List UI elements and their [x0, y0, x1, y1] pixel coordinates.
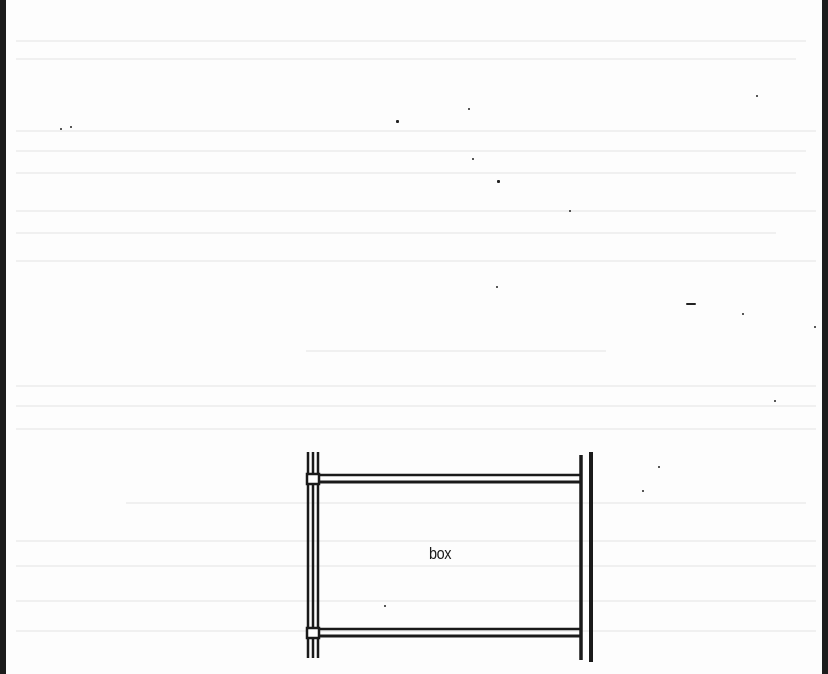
top-beam-joint [307, 474, 319, 484]
box-frame-diagram [6, 0, 822, 674]
diagram-label: box [429, 544, 451, 564]
bottom-beam-joint [307, 628, 319, 638]
scanned-page: box [6, 0, 822, 674]
